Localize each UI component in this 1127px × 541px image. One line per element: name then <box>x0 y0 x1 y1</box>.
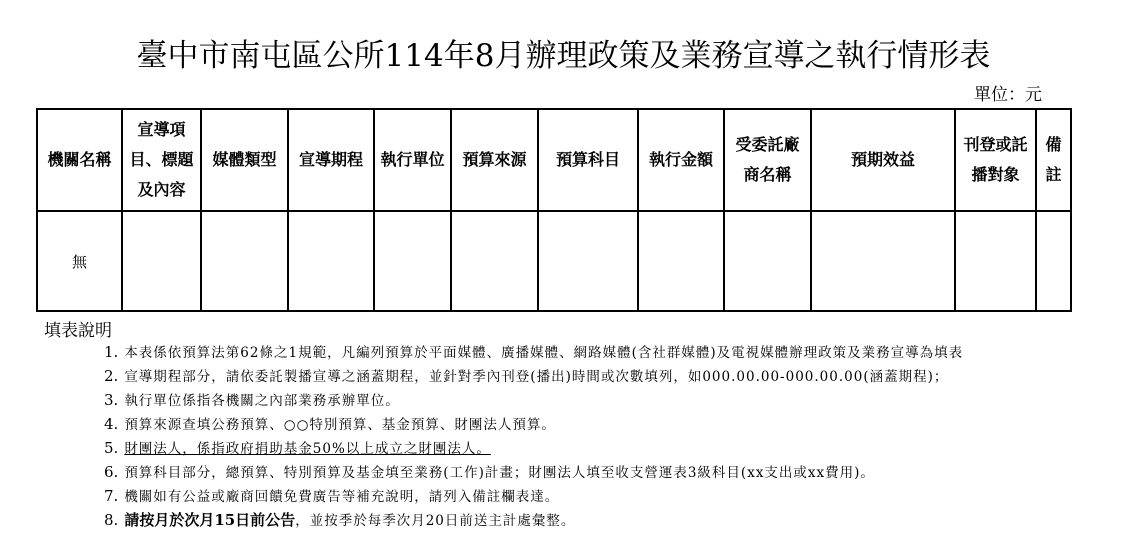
note-text: 預算來源查填公務預算、○○特別預算、基金預算、財團法人預算。 <box>124 417 556 433</box>
document-title: 臺中市南屯區公所114年8月辦理政策及業務宣導之執行情形表 <box>0 30 1127 75</box>
unit-label: 單位：元 <box>974 80 1042 105</box>
note-number: 6. <box>104 463 118 481</box>
header-exec-unit: 執行單位 <box>374 109 451 211</box>
note-number: 2. <box>104 367 118 385</box>
header-budget-item: 預算科目 <box>538 109 638 211</box>
header-expected-benefit: 預期效益 <box>811 109 955 211</box>
header-contractor: 受委託廠商名稱 <box>724 109 811 211</box>
note-text: 宣導期程部分，請依委託製播宣導之涵蓋期程，並針對季內刊登(播出)時間或次數填列，… <box>124 369 948 385</box>
cell-exec-amount <box>638 211 724 311</box>
header-promo-period: 宣導期程 <box>288 109 374 211</box>
header-agency-name: 機關名稱 <box>37 109 122 211</box>
note-number: 7. <box>104 487 118 505</box>
header-exec-amount: 執行金額 <box>638 109 724 211</box>
notes-title: 填表說明 <box>44 316 112 341</box>
header-remarks-label: 備註 <box>1045 135 1061 184</box>
note-text: 本表係依預算法第62條之1規範，凡編列預算於平面媒體、廣播媒體、網路媒體(含社群… <box>124 345 963 361</box>
note-text: 執行單位係指各機關之內部業務承辦單位。 <box>124 393 400 409</box>
note-text: ，並按季於每季次月20日前送主計處彙整。 <box>295 513 575 529</box>
header-target-audience-label: 刊登或託播對象 <box>963 135 1027 184</box>
note-item: 2.宣導期程部分，請依委託製播宣導之涵蓋期程，並針對季內刊登(播出)時間或次數填… <box>104 364 1104 388</box>
note-text-bold: 請按月於次月15日前公告 <box>124 511 295 529</box>
cell-budget-item <box>538 211 638 311</box>
cell-promo-item <box>122 211 201 311</box>
cell-promo-period <box>288 211 374 311</box>
cell-expected-benefit <box>811 211 955 311</box>
cell-exec-unit <box>374 211 451 311</box>
note-number: 1. <box>104 343 118 361</box>
note-number: 5. <box>104 439 118 457</box>
note-number: 3. <box>104 391 118 409</box>
note-item: 1.本表係依預算法第62條之1規範，凡編列預算於平面媒體、廣播媒體、網路媒體(含… <box>104 340 1104 364</box>
note-text: 財團法人，係指政府捐助基金50%以上成立之財團法人。 <box>124 441 491 457</box>
cell-contractor <box>724 211 811 311</box>
cell-target-audience <box>955 211 1036 311</box>
note-text: 預算科目部分，總預算、特別預算及基金填至業務(工作)計畫；財團法人填至收支營運表… <box>124 465 875 481</box>
header-budget-source: 預算來源 <box>451 109 538 211</box>
note-item: 4.預算來源查填公務預算、○○特別預算、基金預算、財團法人預算。 <box>104 412 1104 436</box>
notes-section: 填表說明 1.本表係依預算法第62條之1規範，凡編列預算於平面媒體、廣播媒體、網… <box>44 316 112 341</box>
cell-media-type <box>201 211 288 311</box>
table-row: 無 <box>37 211 1071 311</box>
header-target-audience: 刊登或託播對象 <box>955 109 1036 211</box>
note-item: 8.請按月於次月15日前公告，並按季於每季次月20日前送主計處彙整。 <box>104 508 1104 532</box>
note-text: 機關如有公益或廠商回饋免費廣告等補充說明，請列入備註欄表達。 <box>124 489 559 505</box>
cell-remarks <box>1036 211 1071 311</box>
note-item: 6.預算科目部分，總預算、特別預算及基金填至業務(工作)計畫；財團法人填至收支營… <box>104 460 1104 484</box>
cell-agency-name: 無 <box>37 211 122 311</box>
header-media-type: 媒體類型 <box>201 109 288 211</box>
cell-budget-source <box>451 211 538 311</box>
note-number: 4. <box>104 415 118 433</box>
header-contractor-label: 受委託廠商名稱 <box>735 135 799 184</box>
notes-list: 1.本表係依預算法第62條之1規範，凡編列預算於平面媒體、廣播媒體、網路媒體(含… <box>104 340 1104 532</box>
header-promo-item: 宣導項目、標題及內容 <box>122 109 201 211</box>
table-header-row: 機關名稱 宣導項目、標題及內容 媒體類型 宣導期程 執行單位 預算來源 預算科目… <box>37 109 1071 211</box>
header-remarks: 備註 <box>1036 109 1071 211</box>
header-promo-item-label: 宣導項目、標題及內容 <box>129 120 193 199</box>
note-item: 7.機關如有公益或廠商回饋免費廣告等補充說明，請列入備註欄表達。 <box>104 484 1104 508</box>
note-number: 8. <box>104 511 118 529</box>
execution-table: 機關名稱 宣導項目、標題及內容 媒體類型 宣導期程 執行單位 預算來源 預算科目… <box>36 108 1072 312</box>
note-item: 3.執行單位係指各機關之內部業務承辦單位。 <box>104 388 1104 412</box>
note-item: 5.財團法人，係指政府捐助基金50%以上成立之財團法人。 <box>104 436 1104 460</box>
